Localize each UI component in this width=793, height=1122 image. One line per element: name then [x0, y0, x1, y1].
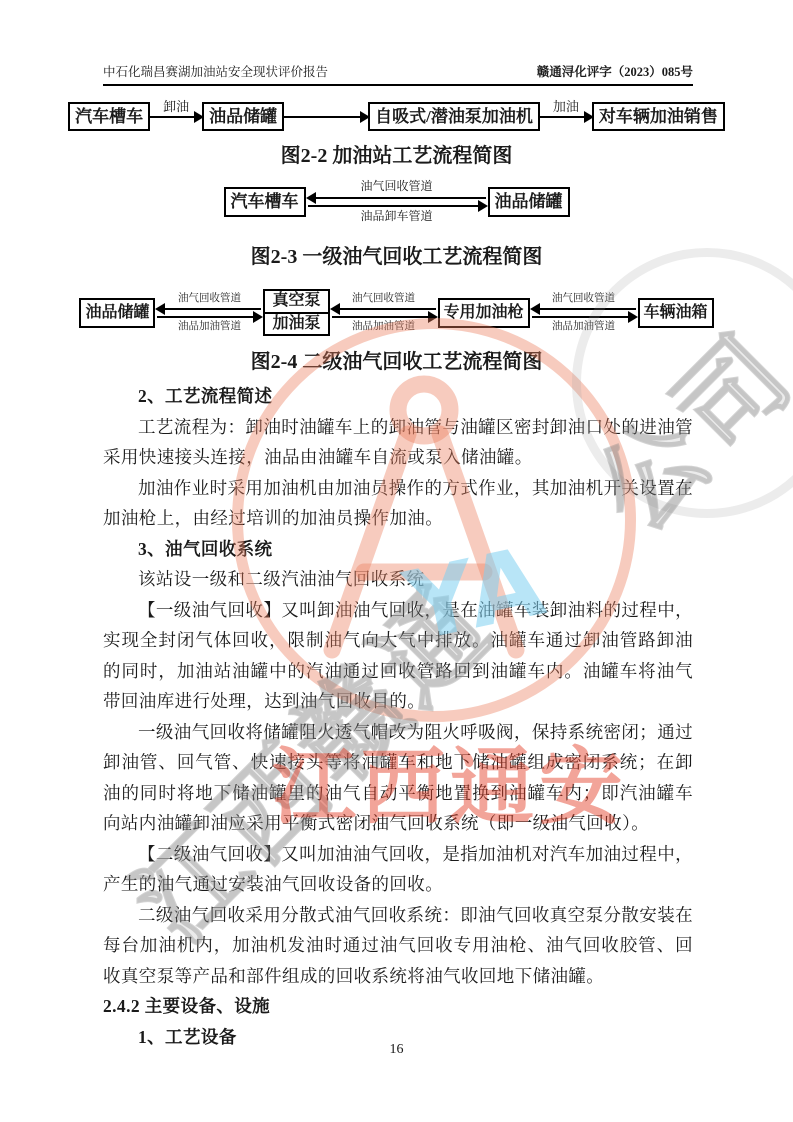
vacuum-pump-label: 真空泵	[265, 291, 327, 312]
header-doc-number: 赣通浔化评字（2023）085号	[537, 62, 693, 80]
pipe-label-bottom: 油品卸车管道	[308, 210, 486, 224]
flow-connector: 油气回收管道 油品加油管道	[332, 293, 436, 333]
arrow-right-icon	[150, 116, 202, 118]
arrow-right-icon	[308, 205, 486, 207]
arrow-right-icon	[532, 316, 636, 318]
arrow-left-icon	[157, 308, 261, 310]
flow-arrow-label: 卸油	[163, 96, 189, 115]
paragraph: 【二级油气回收】又叫加油油气回收，是指加油机对汽车加油过程中，产生的油气通过安装…	[103, 839, 693, 900]
section-heading: 2.4.2 主要设备、设施	[103, 991, 693, 1022]
arrow-right-icon	[332, 316, 436, 318]
paragraph: 二级油气回收采用分散式油气回收系统：即油气回收真空泵分散安装在每台加油机内，加油…	[103, 900, 693, 992]
flow-box-storage-tank: 油品储罐	[202, 102, 284, 131]
flow-arrow-unload: 卸油	[150, 116, 202, 118]
arrow-right-icon	[157, 316, 261, 318]
flowchart-stage2-recovery: 油品储罐 油气回收管道 油品加油管道 真空泵 加油泵 油气回收管道 油品加油管道…	[0, 289, 793, 337]
figure-2-4-caption: 图2-4 二级油气回收工艺流程简图	[0, 345, 793, 374]
flow-box-vehicle-tank: 车辆油箱	[638, 298, 714, 328]
arrow-left-icon	[308, 197, 486, 199]
flow-arrow-label: 加油	[553, 96, 579, 115]
arrow-left-icon	[532, 308, 636, 310]
flow-connector: 油气回收管道 油品卸车管道	[308, 180, 486, 224]
flow-box-tanker: 汽车槽车	[224, 187, 306, 216]
flow-box-vacuum-pump: 真空泵 加油泵	[263, 289, 329, 337]
section-heading: 2、工艺流程简述	[103, 381, 693, 412]
paragraph: 加油作业时采用加油机由加油员操作的方式作业，其加油机开关设置在加油枪上，由经过培…	[103, 473, 693, 534]
paragraph: 【一级油气回收】又叫卸油油气回收，是在油罐车装卸油料的过程中，实现全封闭气体回收…	[103, 595, 693, 717]
figure-2-2-caption: 图2-2 加油站工艺流程简图	[0, 139, 793, 168]
flow-box-sale: 对车辆加油销售	[592, 102, 725, 131]
flow-connector: 油气回收管道 油品加油管道	[157, 293, 261, 333]
fuel-pump-label: 加油泵	[265, 312, 327, 335]
paragraph: 该站设一级和二级汽油油气回收系统	[103, 564, 693, 595]
flow-box-tanker: 汽车槽车	[68, 102, 150, 131]
pipe-label-top: 油气回收管道	[332, 293, 436, 305]
header-report-title: 中石化瑞昌赛湖加油站安全现状评价报告	[103, 62, 328, 80]
flow-box-nozzle: 专用加油枪	[438, 298, 530, 328]
body-sections: 2、工艺流程简述工艺流程为：卸油时油罐车上的卸油管与油罐区密封卸油口处的进油管采…	[103, 381, 693, 1052]
arrow-left-icon	[332, 308, 436, 310]
flow-box-dispenser: 自吸式/潜油泵加油机	[368, 102, 540, 131]
figure-2-3-caption: 图2-3 一级油气回收工艺流程简图	[0, 240, 793, 269]
flow-connector: 油气回收管道 油品加油管道	[532, 293, 636, 333]
pipe-label-top: 油气回收管道	[532, 293, 636, 305]
pipe-label-bottom: 油品加油管道	[332, 321, 436, 333]
page-header: 中石化瑞昌赛湖加油站安全现状评价报告 赣通浔化评字（2023）085号	[103, 62, 693, 86]
arrow-right-icon	[284, 116, 368, 118]
pipe-label-bottom: 油品加油管道	[532, 321, 636, 333]
document-page: 中石化瑞昌赛湖加油站安全现状评价报告 赣通浔化评字（2023）085号 汽车槽车…	[0, 0, 793, 1122]
pipe-label-top: 油气回收管道	[308, 180, 486, 194]
flow-arrow-plain	[284, 116, 368, 118]
pipe-label-top: 油气回收管道	[157, 293, 261, 305]
paragraph: 一级油气回收将储罐阻火透气帽改为阻火呼吸阀，保持系统密闭；通过卸油管、回气管、快…	[103, 717, 693, 839]
flowchart-station-process: 汽车槽车 卸油 油品储罐 自吸式/潜油泵加油机 加油 对车辆加油销售	[0, 102, 793, 131]
flow-arrow-refuel: 加油	[540, 116, 592, 118]
arrow-right-icon	[540, 116, 592, 118]
page-number: 16	[0, 1042, 793, 1058]
flow-box-storage-tank: 油品储罐	[488, 187, 570, 216]
flowchart-stage1-recovery: 汽车槽车 油气回收管道 油品卸车管道 油品储罐	[0, 180, 793, 224]
section-heading: 3、油气回收系统	[103, 534, 693, 565]
flow-box-storage-tank: 油品储罐	[79, 298, 155, 328]
pipe-label-bottom: 油品加油管道	[157, 321, 261, 333]
paragraph: 工艺流程为：卸油时油罐车上的卸油管与油罐区密封卸油口处的进油管采用快速接头连接，…	[103, 412, 693, 473]
